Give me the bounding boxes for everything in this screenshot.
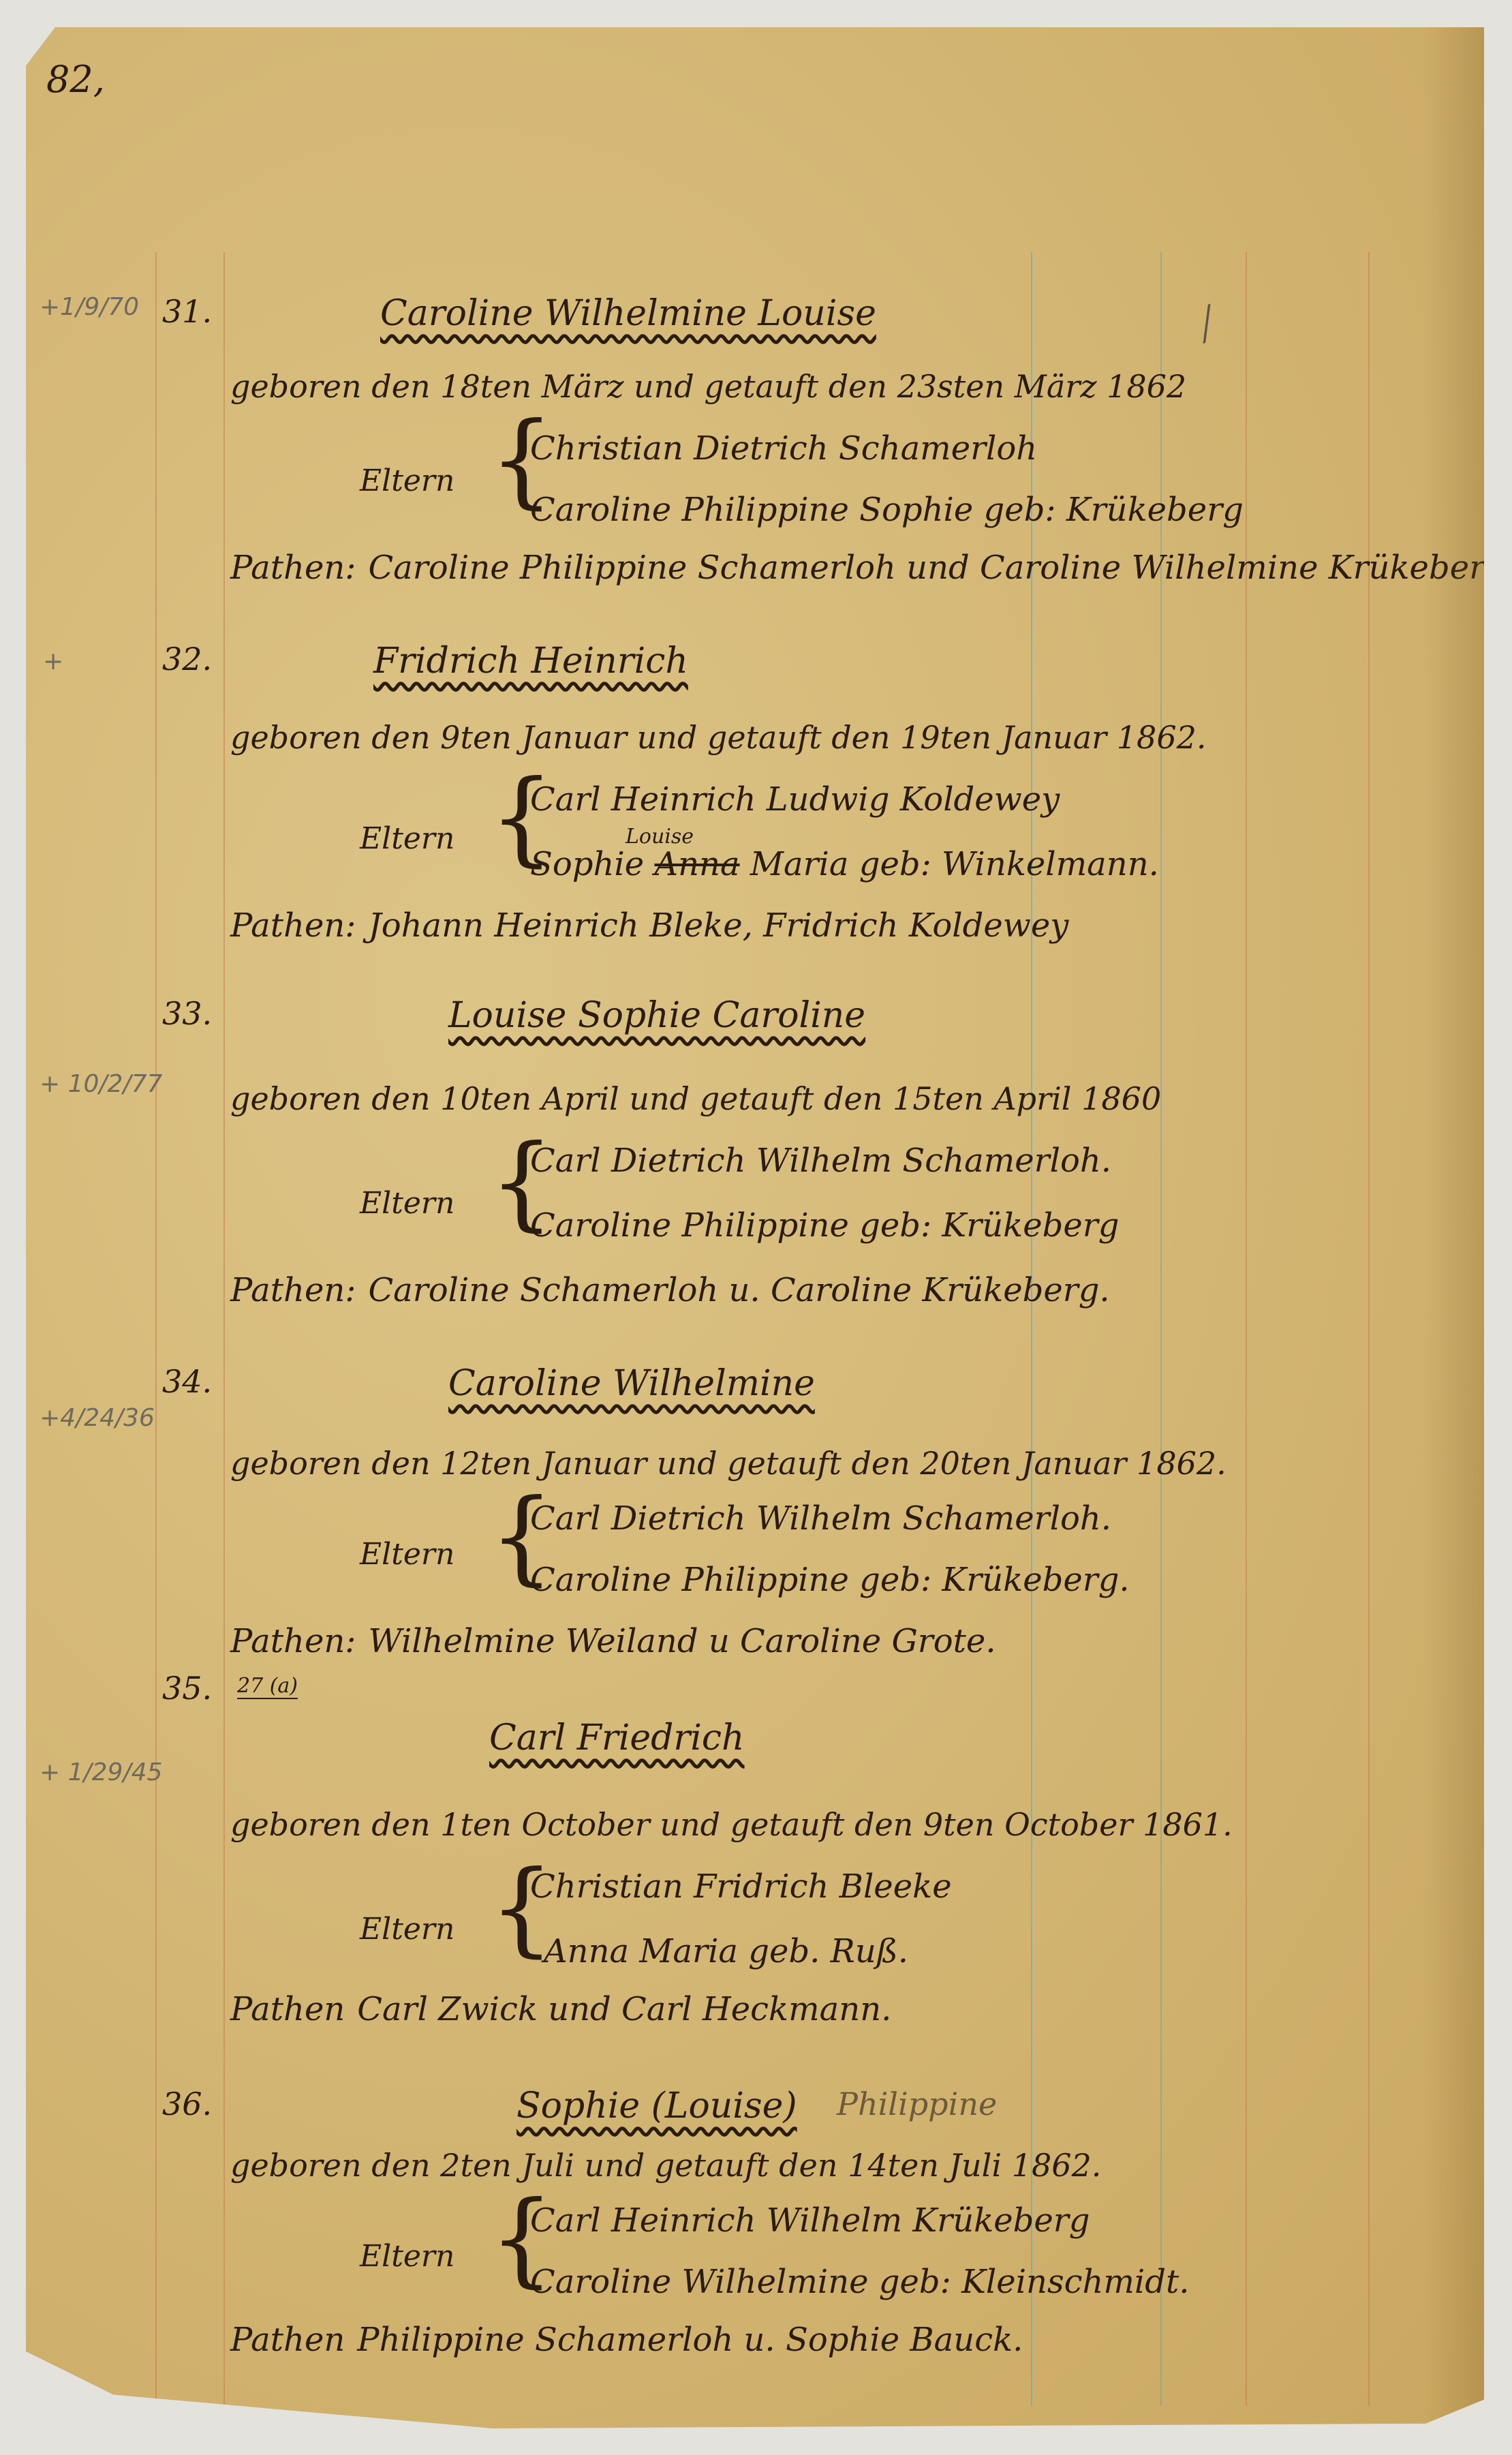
- child-name: Caroline Wilhelmine Louise: [380, 293, 876, 334]
- sponsors-names: Johann Heinrich Bleke, Fridrich Koldewey: [368, 906, 1068, 945]
- birth-baptism-line: geboren den 10ten April und getauft den …: [230, 1080, 1161, 1117]
- sponsors-label: Pathen:: [230, 906, 356, 945]
- cross-reference-note: 27 (a): [237, 1674, 298, 1699]
- death-date-note: + 1/29/45: [40, 1758, 162, 1786]
- mother-name: Caroline Philippine geb: Krükeberg.: [530, 1561, 1130, 1599]
- sponsors-line: Pathen:Johann Heinrich Bleke, Fridrich K…: [230, 906, 1068, 945]
- child-name: Carl Friedrich: [489, 1718, 745, 1758]
- death-date-note: +4/24/36: [40, 1404, 155, 1432]
- sponsors-names: Philippine Schamerloh u. Sophie Bauck.: [357, 2321, 1023, 2359]
- parents-label: Eltern: [360, 1186, 454, 1221]
- parents-label: Eltern: [360, 2239, 454, 2274]
- birth-baptism-line: geboren den 1ten October und getauft den…: [230, 1806, 1233, 1843]
- page-number: 82,: [46, 58, 105, 101]
- sponsors-label: Pathen:: [230, 549, 356, 587]
- child-name: Fridrich Heinrich: [373, 641, 688, 682]
- birth-baptism-line: geboren den 2ten Juli und getauft den 14…: [230, 2147, 1101, 2184]
- margin-rule: [155, 252, 157, 2406]
- sponsors-names: Caroline Philippine Schamerloh und Carol…: [368, 549, 1512, 587]
- mother-name: Caroline Wilhelmine geb: Kleinschmidt.: [530, 2263, 1190, 2301]
- struck-name: Anna: [654, 845, 739, 883]
- entry-number: 33.: [162, 995, 212, 1032]
- mother-name: Sophie Anna Maria geb: Winkelmann.: [530, 845, 1159, 883]
- mother-name: Caroline Philippine Sophie geb: Krükeber…: [530, 491, 1244, 529]
- mother-name-rest: Maria geb: Winkelmann.: [750, 845, 1159, 883]
- father-name: Christian Dietrich Schamerloh: [530, 429, 1037, 468]
- father-name: Christian Fridrich Bleeke: [530, 1867, 952, 1906]
- father-name: Carl Heinrich Wilhelm Krükeberg: [530, 2201, 1090, 2240]
- death-cross-note: +: [43, 647, 63, 675]
- inserted-name: Louise: [626, 825, 694, 849]
- sponsors-names: Wilhelmine Weiland u Caroline Grote.: [368, 1622, 996, 1660]
- father-name: Carl Heinrich Ludwig Koldewey: [530, 780, 1060, 819]
- sponsors-line: PathenCarl Zwick und Carl Heckmann.: [230, 1990, 891, 2028]
- mother-name: Anna Maria geb. Ruß.: [544, 1932, 908, 1970]
- sponsors-names: Caroline Schamerloh u. Caroline Krükeber…: [368, 1271, 1109, 1309]
- sponsors-label: Pathen: [230, 2321, 345, 2359]
- entry-number: 34.: [162, 1363, 212, 1400]
- entry-number: 35.: [162, 1670, 212, 1707]
- sponsors-label: Pathen:: [230, 1271, 356, 1309]
- birth-baptism-line: geboren den 9ten Januar und getauft den …: [230, 719, 1206, 756]
- entry-number: 31.: [162, 293, 212, 330]
- sponsors-line: Pathen:Caroline Philippine Schamerloh un…: [230, 549, 1512, 587]
- mother-name: Caroline Philippine geb: Krükeberg: [530, 1206, 1119, 1245]
- entry-number: 32.: [162, 641, 212, 677]
- child-name: Louise Sophie Caroline: [448, 995, 865, 1036]
- birth-baptism-line: geboren den 12ten Januar und getauft den…: [230, 1445, 1226, 1482]
- sponsors-line: PathenPhilippine Schamerloh u. Sophie Ba…: [230, 2321, 1023, 2359]
- sponsors-names: Carl Zwick und Carl Heckmann.: [357, 1990, 891, 2028]
- entry-number: 36.: [162, 2086, 212, 2122]
- parents-label: Eltern: [360, 821, 454, 856]
- death-date-note: + 10/2/77: [40, 1070, 162, 1098]
- sponsors-label: Pathen:: [230, 1622, 356, 1660]
- birth-baptism-line: geboren den 18ten März und getauft den 2…: [230, 368, 1186, 405]
- sponsors-line: Pathen:Wilhelmine Weiland u Caroline Gro…: [230, 1622, 996, 1660]
- sponsors-label: Pathen: [230, 1990, 345, 2028]
- father-name: Carl Dietrich Wilhelm Schamerloh.: [530, 1142, 1111, 1180]
- child-name-addition: Philippine: [837, 2086, 997, 2122]
- parents-label: Eltern: [360, 1537, 454, 1572]
- mother-first-name: Sophie: [530, 845, 644, 883]
- sponsors-line: Pathen:Caroline Schamerloh u. Caroline K…: [230, 1271, 1110, 1309]
- parents-label: Eltern: [360, 1912, 454, 1947]
- register-page: 82, +1/9/70 31. Caroline Wilhelmine Loui…: [26, 27, 1484, 2433]
- child-name: Caroline Wilhelmine: [448, 1363, 815, 1404]
- death-date-note: +1/9/70: [40, 293, 139, 321]
- child-name: Sophie (Louise): [516, 2086, 797, 2126]
- father-name: Carl Dietrich Wilhelm Schamerloh.: [530, 1499, 1111, 1538]
- parents-label: Eltern: [360, 463, 454, 498]
- column-rule: [223, 252, 225, 2406]
- pencil-stroke-mark: ╱: [1192, 305, 1221, 344]
